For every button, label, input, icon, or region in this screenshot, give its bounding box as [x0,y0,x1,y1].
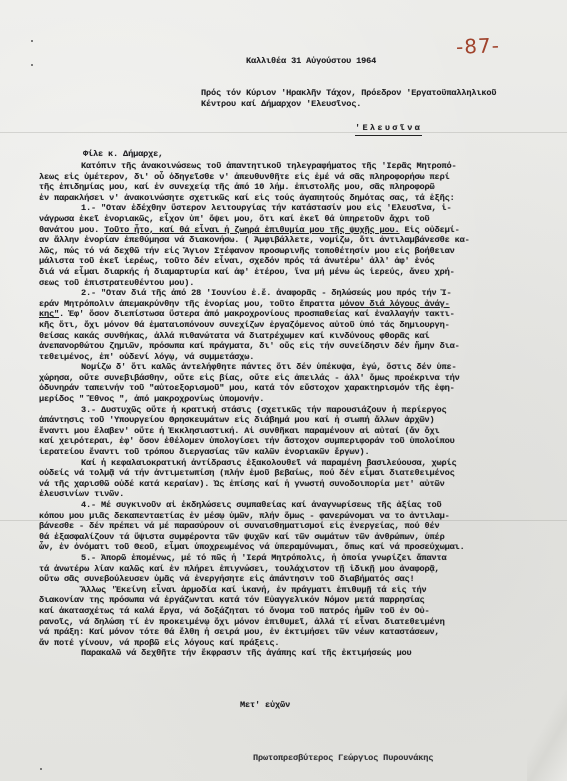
letter-line: μερίδος " Ἔθνος ", ἀπό μακροχρονίως ὑπομ… [39,394,539,405]
recipient-line: Κέντρου καί Δήμαρχον 'Ελευσῖνος. [201,99,496,110]
letter-line: ὧν, ἐν ὀνόματι τοῦ Θεοῦ, εἶμαι ὑποχρεωμέ… [39,542,539,553]
underlined-phrase: μόνον διά λόγους ἀνάγ- [339,299,449,309]
letter-line: ἄν ποτέ γίνουν, νά προβῶ εἰς λόγους καί … [39,638,539,649]
letter-line: διακονίαν της πρόσωπα νά ἐργάζωνται κατά… [39,595,539,606]
letter-line: καί ἀκατασχέτως τά καλά ἔργα, νά δοξάζητ… [39,606,539,617]
letter-line: ρανοῖς, νά δηλώση τί ἐν προκειμένῳ ὄχι μ… [39,617,539,628]
letter-line: νάγρωσα ἐκεῖ ἐνοριακῶς, εἶχον ὑπ' ὄψει μ… [39,214,539,225]
letter-line: Νομίζω δ' ὅτι καλῶς ἀντελήφθητε πάντες ὅ… [39,362,539,373]
letter-line: καί χειρότεραι, ἐφ' ὅσον ἐθέλομεν ὑπολογ… [39,436,539,447]
paper-speck [40,768,42,770]
letter-line: ἔναντι μου ἔλαβεν' οὔτε ἡ Ἐκκλησιαστική.… [39,426,539,437]
signature-name: Πρωτοπρεσβύτερος Γεώργιος Πυρουνάκης [253,753,433,764]
paper-corner-crease [527,690,567,781]
letter-line: οὐδείς νά τολμᾷ νά τήν ἀντιμετωπίση (πλή… [39,468,539,479]
letter-line: Καί ἡ κεφαλαιοκρατική ἀντίδρασις ἐξακολο… [39,458,539,469]
letter-line: τεθειμένος, ἐπ' οὐδενί λόγῳ, νά συμμετάσ… [39,352,539,363]
letter-line: οὕτω σᾶς συνεβούλευσεν ὑμᾶς νά ἐνεργήσητ… [39,574,539,585]
paper-fold-line [0,132,567,133]
letter-line: Κατόπιν τῆς ἀνακοινώσεως τοῦ ἀπαντητικοῦ… [39,161,539,172]
letter-line: τῆς ἐπιδημίας μου, καί ἐν συνεχείᾳ τῆς ἀ… [39,182,539,193]
handwritten-page-number: -87- [456,33,501,59]
letter-line: ἐλευσινίων τινῶν. [39,489,539,500]
letter-line: χώρησα, οὔτε συνεβιβάσθην, οὔτε εἰς βίας… [39,373,539,384]
letter-line: ὀδυνηράν ταπεινήν τοῦ "αὐτοεξορισμοῦ" μο… [39,383,539,394]
letter-line: 4.- Μέ συγκινοῦν αἱ ἐκδηλώσεις συμπαθεία… [39,500,539,511]
scanned-letter-page: -87- Καλλιθέα 31 Αὐγούστου 1964 Πρός τόν… [0,0,567,781]
letter-line: κῆς ὅτι, ὄχι μόνον θά ἐματαιοπόνουν συνε… [39,320,539,331]
letter-line: κόπου μου μιᾶς δεκαπενταετίας ἐν μέσῳ ὑμ… [39,511,539,522]
letter-line: θά ἐξασφαλίζουν τά ὕψιστα συμφέροντα τῶν… [39,532,539,543]
letter-line: θανάτου μου. Τοῦτο ἦτο, καί θά εἶναι ἡ ζ… [39,225,539,236]
letter-line: 2.- "Οταν διά τῆς ἀπό 28 'Ιουνίου ἐ.ἔ. ἀ… [39,288,539,299]
letter-line: κης". Ἐφ' ὅσον διεπίστωσα ὕστερα ἀπό μακ… [39,309,539,320]
recipient-address: Πρός τόν Κύριον 'Ηρακλῆν Τάχον, Πρόεδρον… [201,88,496,110]
letter-line: θείσας κακάς συνθήκας, ἀλλά πιθανώτατα ν… [39,331,539,342]
letter-line: 1.- "Οταν ἐδέχθην ὕστερον λειτουργίας τή… [39,203,539,214]
letter-line: νά τῆς χαρισθῶ οὐδέ κατά κεραίαν). Ὡς ἐπ… [39,479,539,490]
letter-body: Κατόπιν τῆς ἀνακοινώσεως τοῦ ἀπαντητικοῦ… [39,161,539,659]
letter-line: ἀπάντησις τοῦ 'Υπουργείου Θρησκευμάτων ε… [39,415,539,426]
letter-line: λῶς, πώς τό νά δεχθῶ τήν εἰς Ἅγιον Στέφα… [39,246,539,257]
letter-line: διά νά εἶμαι διαρκής ἡ διαμαρτυρία καί ἀ… [39,267,539,278]
letter-line: Ἄλλως 'Ἐκείνη εἶναι ἁρμοδία καί ἱκανή, ἐ… [39,585,539,596]
letter-line: νά πράξη: Καί μόνον τότε θά ἔλθη ἡ σειρά… [39,627,539,638]
letter-line: 5.- Ἀπορῶ ἐπομένως, μέ τό πῶς ἡ 'Ιερά Μη… [39,553,539,564]
underlined-phrase: Τοῦτο ἦτο, καί θά εἶναι ἡ ζωηρά ἐπιθυμία… [104,225,399,235]
letter-line: βάνεσθε - δέν πρέπει νά μέ παρασύρουν οἱ… [39,521,539,532]
letter-line: μάλιστα τοῦ ἐκεῖ ἱερέως, τοῦτο δέν εἶναι… [39,256,539,267]
letter-line: ἀνεπανορθώτου ζημιῶν, πρόσωπα καί πράγμα… [39,341,539,352]
underlined-phrase: κης" [39,309,59,319]
letter-line: λεως εἰς ὑμέτερον, δι' οὗ ὁδηγεῖσθε ν' ἀ… [39,172,539,183]
letter-line: σεως τοῦ ἐπιστρατευθέντου μου). [39,278,539,289]
letter-line: Παρακαλῶ νά δεχθῆτε τήν ἔκφρασιν τῆς ἀγά… [39,648,539,659]
letter-date: Καλλιθέα 31 Αὐγούστου 1964 [246,56,376,67]
closing-phrase: Μετ' εὐχῶν [240,700,290,711]
letter-line: τά ἀνωτέρω λίαν καλῶς καί ἐν πλήρει ἐπιγ… [39,564,539,575]
letter-line: αν ἄλλην ἐνορίαν ἐπεθύμησα νά διακονήσω.… [39,235,539,246]
paper-speck [31,40,33,42]
letter-line: εράν Μητρόπολιν ἀπεμακρύνθην τῆς ἐνορίας… [39,299,539,310]
letter-line: ἐν παρακλήσει ν' ἀνακοινώσητε σχετικῶς κ… [39,193,539,204]
salutation: Φίλε κ. Δήμαρχε, [83,149,163,160]
letter-line: 3.- Δυστυχῶς οὔτε ἡ κρατική στάσις (σχετ… [39,405,539,416]
recipient-line: Πρός τόν Κύριον 'Ηρακλῆν Τάχον, Πρόεδρον… [201,88,496,99]
letter-line: ἱερατείου ἔναντι τοῦ τρόπου διεργασίας τ… [39,447,539,458]
recipient-location: 'Ελευσῖνα [355,123,422,136]
paper-speck [31,64,33,66]
